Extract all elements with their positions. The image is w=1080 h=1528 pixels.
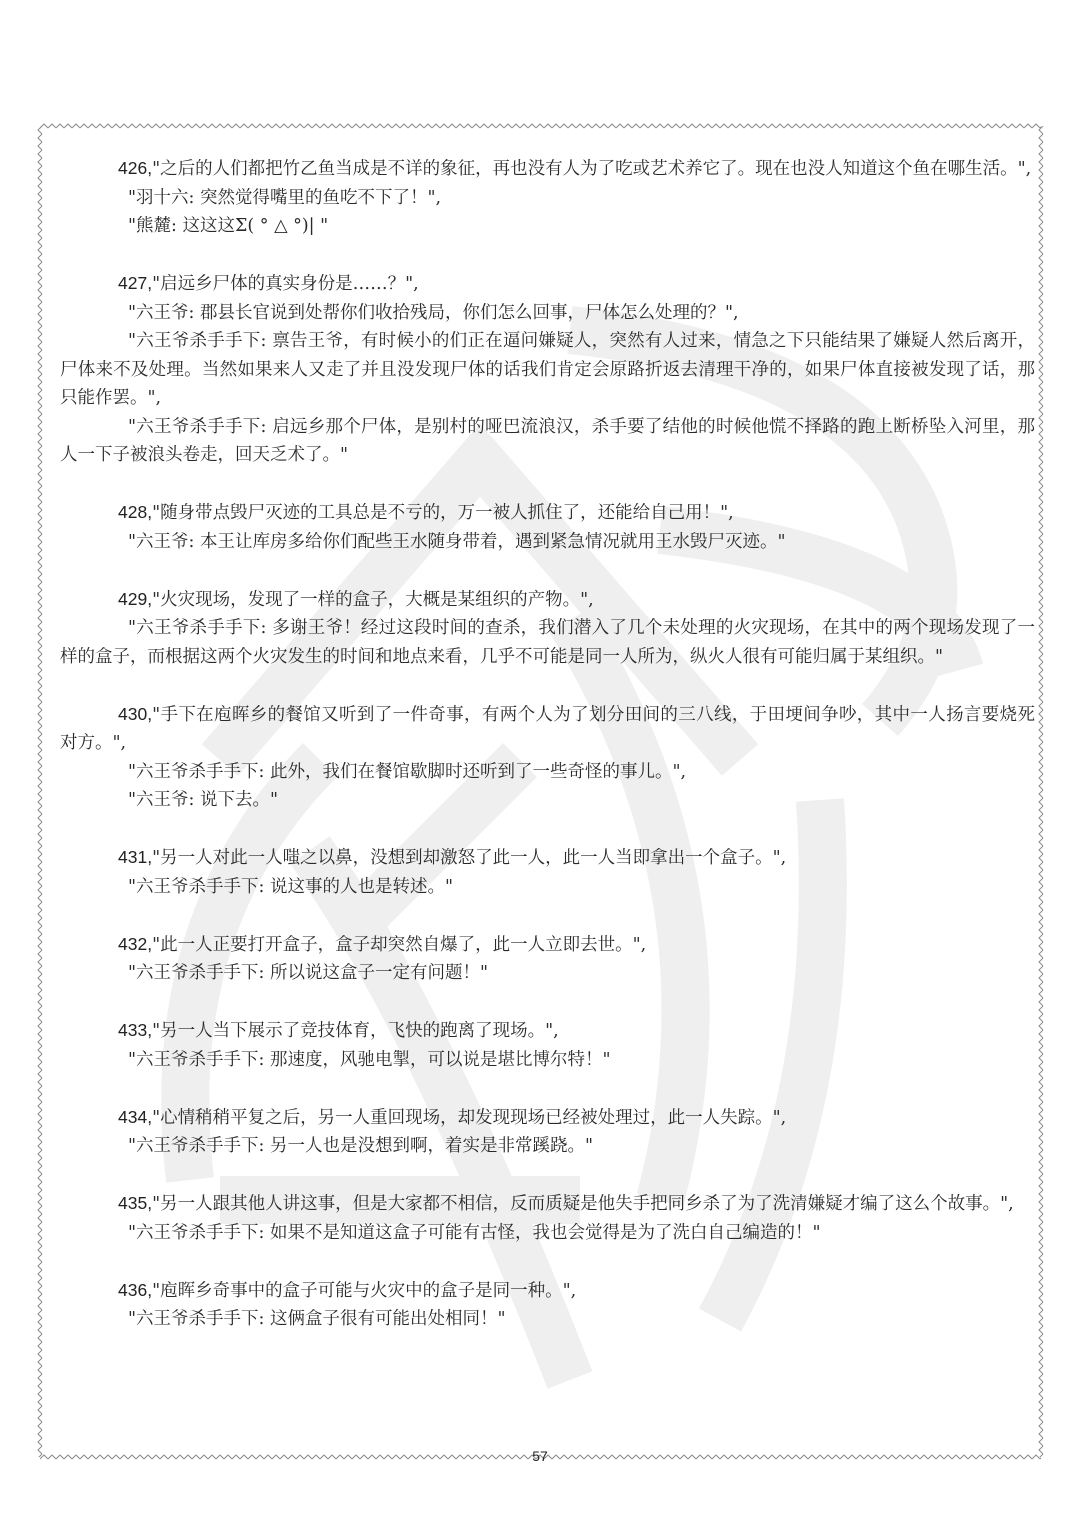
entry-429: 429,"火灾现场，发现了一样的盒子，大概是某组织的产物。", "六王爷杀手手下… [60,585,1035,672]
entry-number: 432, [118,934,152,954]
reply-line: "六王爷杀手手下: 启远乡那个尸体，是别村的哑巴流浪汉，杀手要了结他的时候他慌不… [60,413,1035,470]
reply-line: "六王爷杀手手下: 说这事的人也是转述。" [60,873,1035,902]
entry-text: "此一人正要打开盒子，盒子却突然自爆了，此一人立即去世。", [152,935,646,955]
entry-text: "心情稍稍平复之后，另一人重回现场，却发现现场已经被处理过，此一人失踪。", [152,1108,786,1128]
entry-427: 427,"启远乡尸体的真实身份是……？", "六王爷: 郡县长官说到处帮你们收拾… [60,269,1035,470]
entry-number: 436, [118,1280,152,1300]
entry-text: "随身带点毁尸灭迹的工具总是不亏的，万一被人抓住了，还能给自己用！", [152,503,734,523]
border-right [1037,126,1045,1457]
document-body: 426,"之后的人们都把竹乙鱼当成是不详的象征，再也没有人为了吃或艺术养它了。现… [60,154,1035,1362]
reply-line: "六王爷杀手手下: 此外，我们在餐馆歇脚时还听到了一些奇怪的事儿。", [60,758,1035,787]
entry-428: 428,"随身带点毁尸灭迹的工具总是不亏的，万一被人抓住了，还能给自己用！", … [60,498,1035,556]
entry-430: 430,"手下在庖晖乡的餐馆又听到了一件奇事，有两个人为了划分田间的三八线，于田… [60,700,1035,815]
entry-number: 426, [118,158,152,178]
entry-number: 435, [118,1193,152,1213]
reply-line: "六王爷杀手手下: 多谢王爷！经过这段时间的查杀，我们潜入了几个未处理的火灾现场… [60,614,1035,671]
reply-line: "六王爷: 说下去。" [60,786,1035,815]
entry-lead: 429,"火灾现场，发现了一样的盒子，大概是某组织的产物。", [60,585,1035,615]
reply-line: "六王爷杀手手下: 那速度，风驰电掣，可以说是堪比博尔特！" [60,1046,1035,1075]
document-page: 426,"之后的人们都把竹乙鱼当成是不详的象征，再也没有人为了吃或艺术养它了。现… [0,0,1080,1528]
entry-number: 431, [118,847,152,867]
entry-number: 428, [118,502,152,522]
entry-text: "另一人对此一人嗤之以鼻，没想到却激怒了此一人，此一人当即拿出一个盒子。", [152,848,786,868]
entry-431: 431,"另一人对此一人嗤之以鼻，没想到却激怒了此一人，此一人当即拿出一个盒子。… [60,843,1035,901]
entry-lead: 436,"庖晖乡奇事中的盒子可能与火灾中的盒子是同一种。", [60,1276,1035,1306]
entry-lead: 434,"心情稍稍平复之后，另一人重回现场，却发现现场已经被处理过，此一人失踪。… [60,1103,1035,1133]
entry-432: 432,"此一人正要打开盒子，盒子却突然自爆了，此一人立即去世。", "六王爷杀… [60,930,1035,988]
reply-line: "羽十六: 突然觉得嘴里的鱼吃不下了！", [60,184,1035,213]
entry-number: 430, [118,704,152,724]
entry-lead: 428,"随身带点毁尸灭迹的工具总是不亏的，万一被人抓住了，还能给自己用！", [60,498,1035,528]
reply-line: "六王爷杀手手下: 所以说这盒子一定有问题！" [60,959,1035,988]
entry-lead: 427,"启远乡尸体的真实身份是……？", [60,269,1035,299]
entry-435: 435,"另一人跟其他人讲这事，但是大家都不相信，反而质疑是他失手把同乡杀了为了… [60,1189,1035,1247]
reply-line: "六王爷杀手手下: 这俩盒子很有可能出处相同！" [60,1305,1035,1334]
reply-line: "六王爷: 郡县长官说到处帮你们收拾残局，你们怎么回事，尸体怎么处理的？", [60,299,1035,328]
entry-number: 429, [118,589,152,609]
entry-text: "启远乡尸体的真实身份是……？", [152,274,419,294]
entry-lead: 433,"另一人当下展示了竞技体育，飞快的跑离了现场。", [60,1016,1035,1046]
entry-434: 434,"心情稍稍平复之后，另一人重回现场，却发现现场已经被处理过，此一人失踪。… [60,1103,1035,1161]
entry-text: "之后的人们都把竹乙鱼当成是不详的象征，再也没有人为了吃或艺术养它了。现在也没人… [152,159,1031,179]
entry-text: "另一人跟其他人讲这事，但是大家都不相信，反而质疑是他失手把同乡杀了为了洗清嫌疑… [152,1194,1014,1214]
entry-text: "火灾现场，发现了一样的盒子，大概是某组织的产物。", [152,590,594,610]
entry-number: 434, [118,1107,152,1127]
entry-text: "庖晖乡奇事中的盒子可能与火灾中的盒子是同一种。", [152,1281,576,1301]
entry-lead: 430,"手下在庖晖乡的餐馆又听到了一件奇事，有两个人为了划分田间的三八线，于田… [60,700,1035,758]
reply-line: "六王爷杀手手下: 如果不是知道这盒子可能有古怪，我也会觉得是为了洗白自己编造的… [60,1219,1035,1248]
reply-line: "六王爷杀手手下: 禀告王爷，有时候小的们正在逼问嫌疑人，突然有人过来，情急之下… [60,327,1035,413]
reply-line: "熊麓: 这这这Σ( ° △ °)| " [60,212,1035,241]
entry-text: "另一人当下展示了竞技体育，飞快的跑离了现场。", [152,1021,559,1041]
border-top [40,122,1041,130]
border-left [36,126,44,1457]
reply-line: "六王爷杀手手下: 另一人也是没想到啊，着实是非常蹊跷。" [60,1132,1035,1161]
entry-lead: 432,"此一人正要打开盒子，盒子却突然自爆了，此一人立即去世。", [60,930,1035,960]
entry-lead: 431,"另一人对此一人嗤之以鼻，没想到却激怒了此一人，此一人当即拿出一个盒子。… [60,843,1035,873]
entry-number: 427, [118,273,152,293]
entry-lead: 426,"之后的人们都把竹乙鱼当成是不详的象征，再也没有人为了吃或艺术养它了。现… [60,154,1035,184]
reply-line: "六王爷: 本王让库房多给你们配些王水随身带着，遇到紧急情况就用王水毁尸灭迹。" [60,528,1035,557]
entry-number: 433, [118,1020,152,1040]
entry-436: 436,"庖晖乡奇事中的盒子可能与火灾中的盒子是同一种。", "六王爷杀手手下:… [60,1276,1035,1334]
page-number: 57 [0,1448,1080,1464]
entry-433: 433,"另一人当下展示了竞技体育，飞快的跑离了现场。", "六王爷杀手手下: … [60,1016,1035,1074]
entry-lead: 435,"另一人跟其他人讲这事，但是大家都不相信，反而质疑是他失手把同乡杀了为了… [60,1189,1035,1219]
entry-426: 426,"之后的人们都把竹乙鱼当成是不详的象征，再也没有人为了吃或艺术养它了。现… [60,154,1035,241]
entry-text: "手下在庖晖乡的餐馆又听到了一件奇事，有两个人为了划分田间的三八线，于田埂间争吵… [60,705,1035,754]
